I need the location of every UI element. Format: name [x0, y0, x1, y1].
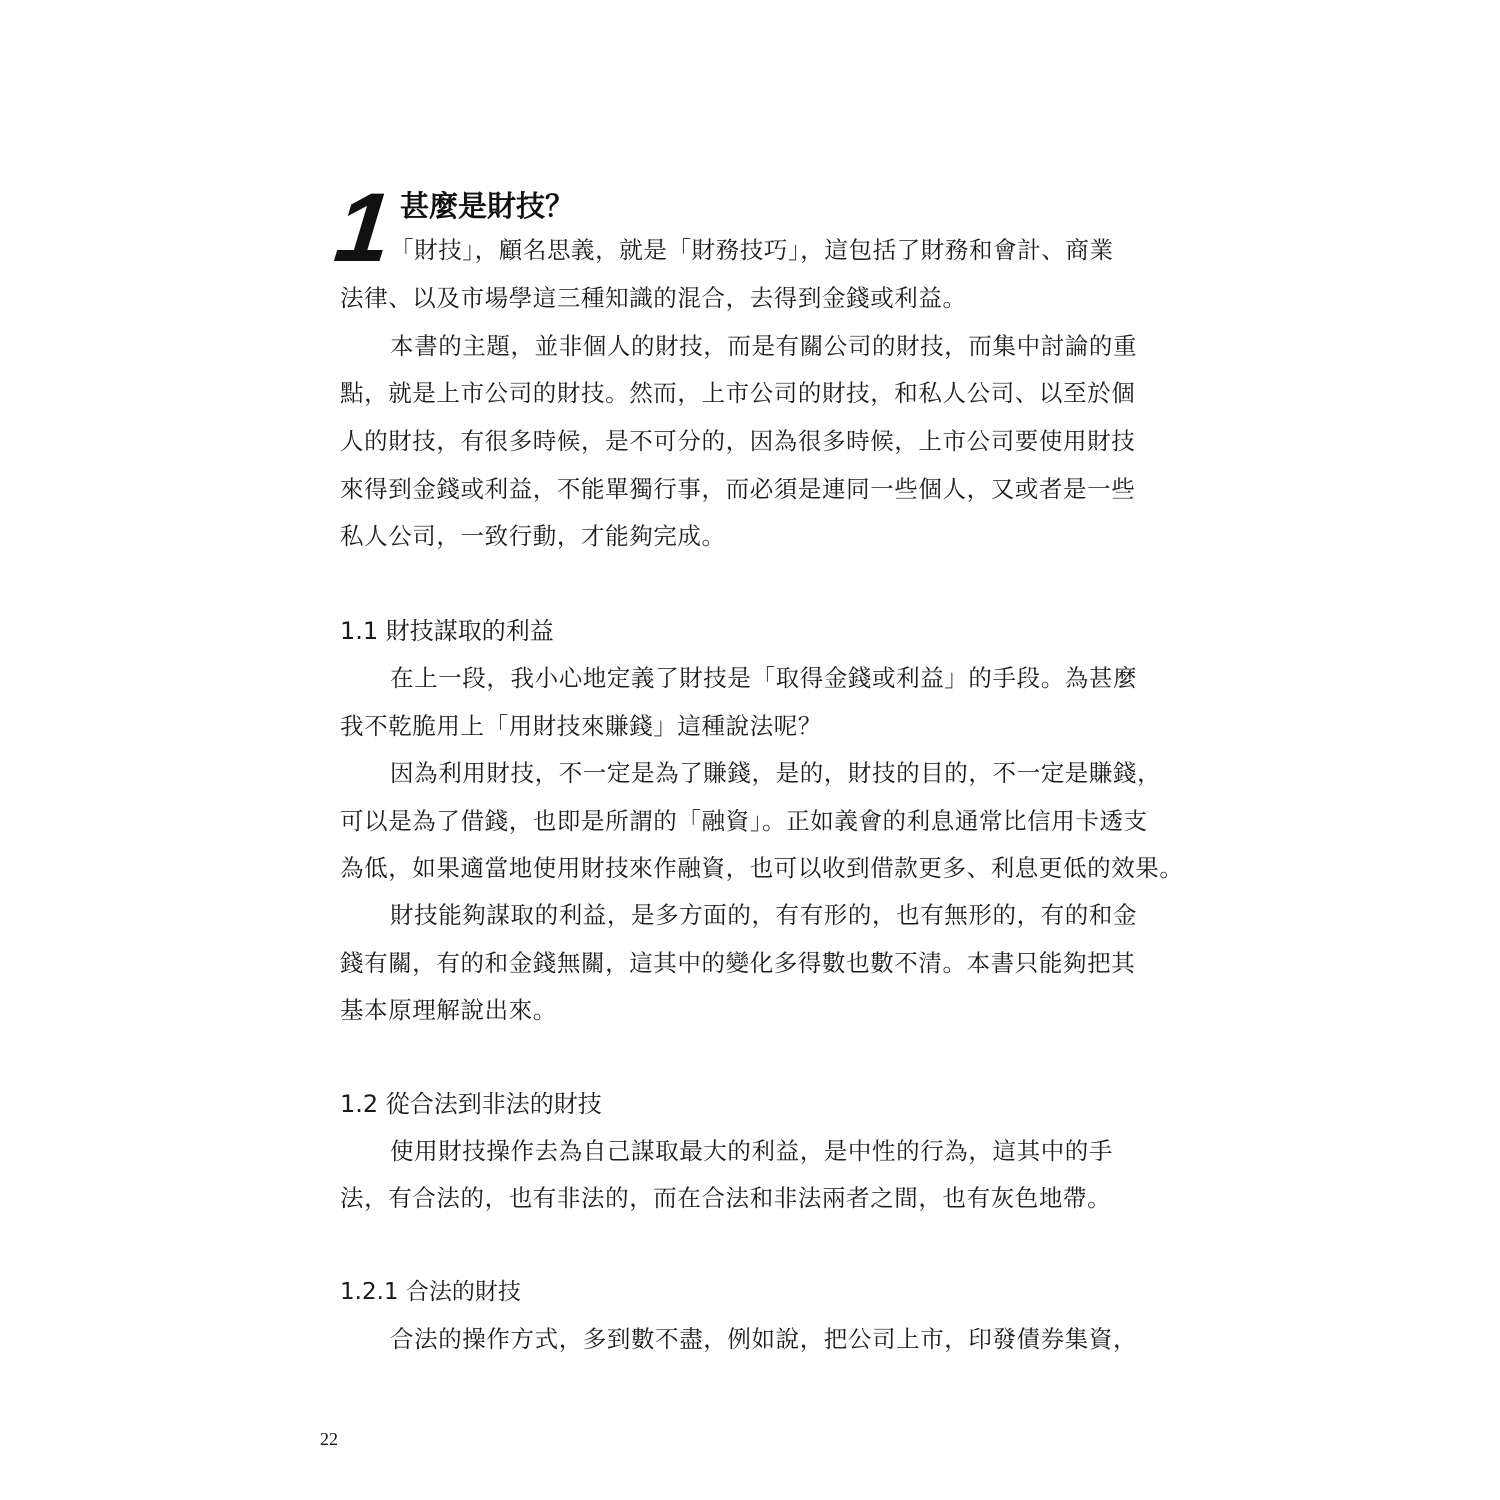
intro-line: 本書的主題，並非個人的財技，而是有關公司的財技，而集中討論的重 — [390, 330, 1220, 362]
section-1-2-1-line: 合法的操作方式，多到數不盡，例如說，把公司上市，印發債券集資， — [390, 1323, 1220, 1355]
section-1-1-line: 可以是為了借錢，也即是所謂的「融資」。正如義會的利息通常比信用卡透支 — [340, 805, 1170, 837]
section-1-2-line: 法，有合法的，也有非法的，而在合法和非法兩者之間，也有灰色地帶。 — [340, 1182, 1170, 1214]
section-1-1-line: 因為利用財技，不一定是為了賺錢，是的，財技的目的，不一定是賺錢， — [390, 757, 1220, 789]
section-heading-1-1: 1.1 財技謀取的利益 — [340, 615, 554, 647]
intro-line: 私人公司，一致行動，才能夠完成。 — [340, 520, 1170, 552]
intro-line: 來得到金錢或利益，不能單獨行事，而必須是連同一些個人，又或者是一些 — [340, 473, 1170, 505]
section-1-1-line: 為低，如果適當地使用財技來作融資，也可以收到借款更多、利息更低的效果。 — [340, 852, 1170, 884]
section-heading-1-2-1: 1.2.1 合法的財技 — [340, 1276, 521, 1308]
page-number: 22 — [320, 1428, 338, 1450]
section-1-1-line: 財技能夠謀取的利益，是多方面的，有有形的，也有無形的，有的和金 — [390, 899, 1220, 931]
intro-line: 「財技」，顧名思義，就是「財務技巧」，這包括了財務和會計、商業 — [390, 234, 1220, 266]
book-page: 1 甚麼是財技？ 「財技」，顧名思義，就是「財務技巧」，這包括了財務和會計、商業… — [0, 0, 1500, 1500]
section-1-1-line: 基本原理解說出來。 — [340, 994, 1170, 1026]
section-1-1-line: 錢有關，有的和金錢無關，這其中的變化多得數也數不清。本書只能夠把其 — [340, 947, 1170, 979]
chapter-title: 甚麼是財技？ — [400, 186, 574, 226]
intro-line: 人的財技，有很多時候，是不可分的，因為很多時候，上市公司要使用財技 — [340, 425, 1170, 457]
chapter-number: 1 — [331, 178, 392, 276]
section-1-1-line: 我不乾脆用上「用財技來賺錢」這種說法呢？ — [340, 710, 1170, 742]
section-1-1-line: 在上一段，我小心地定義了財技是「取得金錢或利益」的手段。為甚麼 — [390, 662, 1220, 694]
intro-line: 法律、以及市場學這三種知識的混合，去得到金錢或利益。 — [340, 282, 1170, 314]
intro-line: 點，就是上市公司的財技。然而，上市公司的財技，和私人公司、以至於個 — [340, 377, 1170, 409]
section-1-2-line: 使用財技操作去為自己謀取最大的利益，是中性的行為，這其中的手 — [390, 1135, 1220, 1167]
section-heading-1-2: 1.2 從合法到非法的財技 — [340, 1088, 602, 1120]
